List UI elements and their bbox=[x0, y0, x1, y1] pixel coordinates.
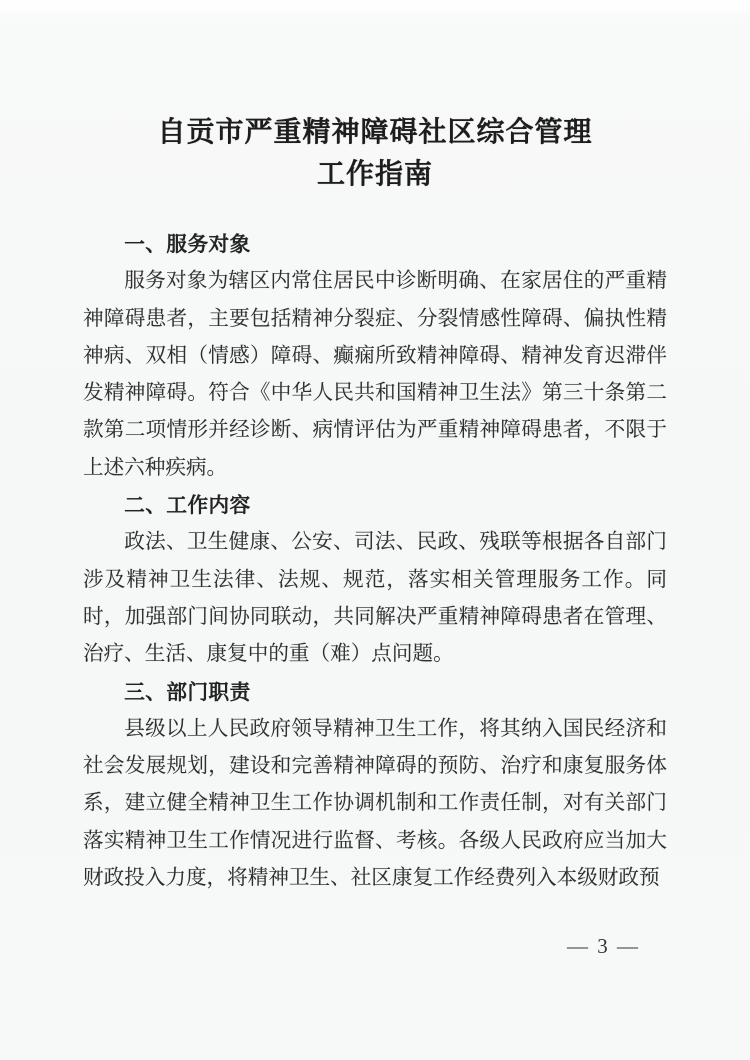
section-paragraph: 服务对象为辖区内常住居民中诊断明确、在家居住的严重精神障碍患者，主要包括精神分裂… bbox=[83, 263, 667, 487]
section-service-targets: 一、服务对象 服务对象为辖区内常住居民中诊断明确、在家居住的严重精神障碍患者，主… bbox=[83, 226, 667, 487]
section-paragraph: 县级以上人民政府领导精神卫生工作，将其纳入国民经济和社会发展规划，建设和完善精神… bbox=[83, 711, 667, 897]
section-heading: 二、工作内容 bbox=[83, 487, 667, 524]
section-paragraph: 政法、卫生健康、公安、司法、民政、残联等根据各自部门涉及精神卫生法律、法规、规范… bbox=[83, 524, 667, 673]
section-heading: 三、部门职责 bbox=[83, 674, 667, 711]
document-body: 一、服务对象 服务对象为辖区内常住居民中诊断明确、在家居住的严重精神障碍患者，主… bbox=[83, 226, 667, 897]
section-heading: 一、服务对象 bbox=[83, 226, 667, 263]
title-line-2: 工作指南 bbox=[317, 159, 433, 190]
page-number: — 3 — bbox=[567, 934, 640, 959]
title-line-1: 自贡市严重精神障碍社区综合管理 bbox=[157, 117, 592, 148]
section-work-content: 二、工作内容 政法、卫生健康、公安、司法、民政、残联等根据各自部门涉及精神卫生法… bbox=[83, 487, 667, 673]
scan-edge-artifact bbox=[0, 0, 750, 12]
document-title: 自贡市严重精神障碍社区综合管理 工作指南 bbox=[0, 0, 750, 196]
section-department-duties: 三、部门职责 县级以上人民政府领导精神卫生工作，将其纳入国民经济和社会发展规划，… bbox=[83, 674, 667, 898]
document-page: 自贡市严重精神障碍社区综合管理 工作指南 一、服务对象 服务对象为辖区内常住居民… bbox=[0, 0, 750, 1060]
